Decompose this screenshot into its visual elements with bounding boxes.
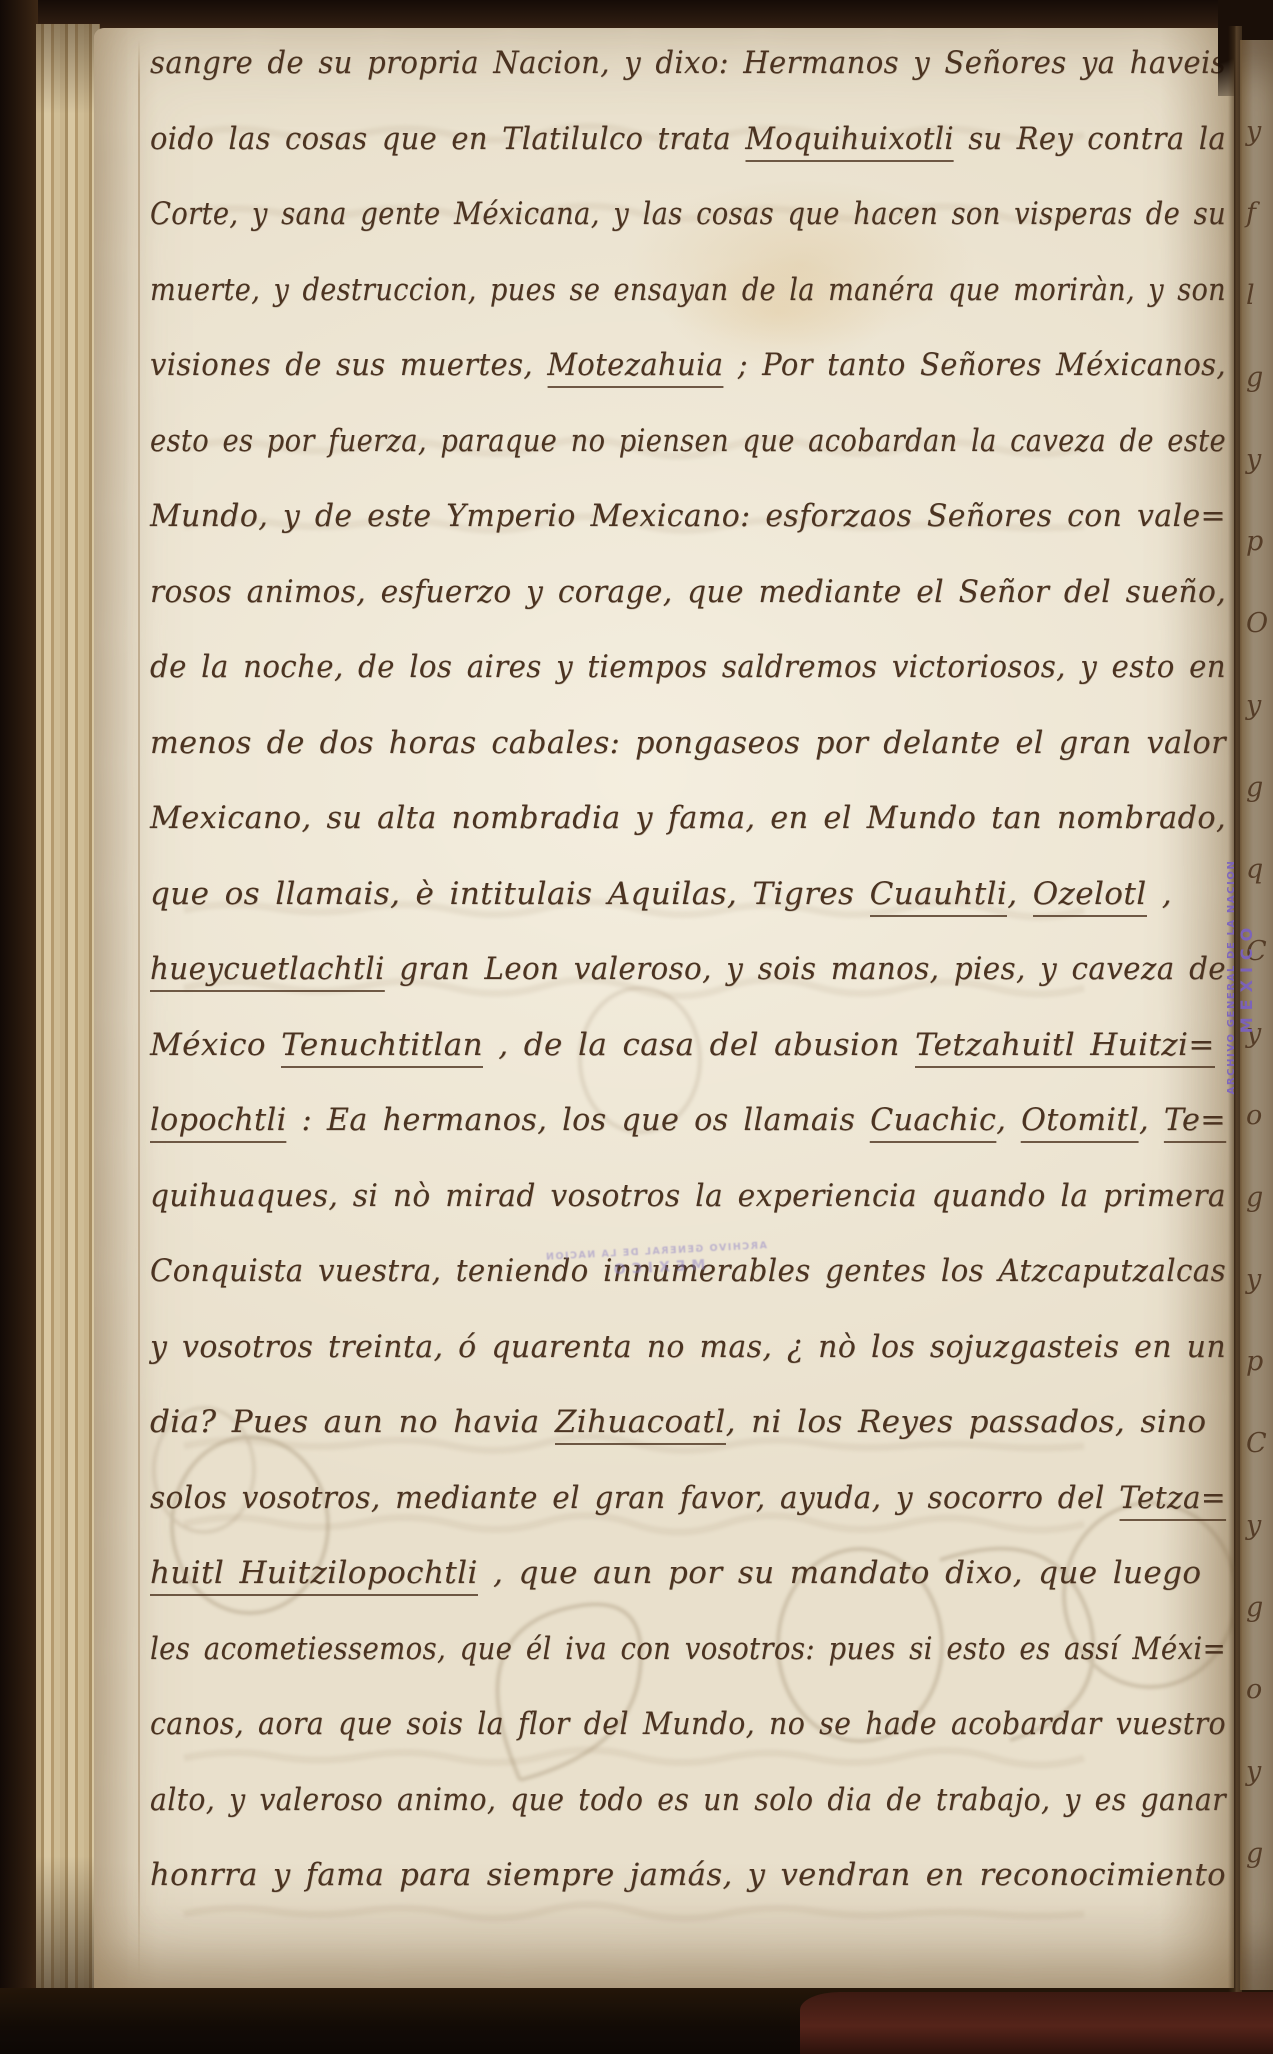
- manuscript-line: alto, y valeroso animo, que todo es un s…: [150, 1783, 1226, 1819]
- manuscript-line: menos de dos horas cabales: pongaseos po…: [150, 726, 1226, 762]
- underlined-word: Tetza=: [1119, 1480, 1226, 1521]
- gutter-letter-fragment: y: [1246, 1758, 1261, 1785]
- stacked-page-edges: [36, 24, 100, 1996]
- gutter-letter-fragment: O: [1246, 610, 1268, 637]
- underlined-word: Ozelotl: [1033, 876, 1147, 917]
- gutter-letter-fragment: g: [1246, 364, 1263, 391]
- underlined-word: Tetzahuitl Huitzi=: [915, 1027, 1215, 1068]
- manuscript-line: solos vosotros, mediante el gran favor, …: [150, 1481, 1226, 1517]
- manuscript-line: les acometiessemos, que él iva con vosot…: [150, 1632, 1226, 1668]
- manuscript-line: Corte, y sana gente Méxicana, y las cosa…: [150, 197, 1226, 233]
- manuscript-line: muerte, y destruccion, pues se ensayan d…: [150, 273, 1226, 309]
- underlined-word: Te=: [1164, 1102, 1226, 1143]
- manuscript-line: dia? Pues aun no havia Zihuacoatl, ni lo…: [150, 1405, 1206, 1441]
- book-photo: sangre de su propria Nacion, y dixo: Her…: [0, 0, 1273, 2054]
- manuscript-line: que os llamais, è intitulais Aquilas, Ti…: [150, 877, 1172, 913]
- manuscript-line: Mexicano, su alta nombradia y fama, en e…: [150, 801, 1226, 837]
- manuscript-line: huitl Huitzilopochtli , que aun por su m…: [150, 1556, 1201, 1592]
- manuscript-line: Mundo, y de este Ymperio Mexicano: esfor…: [150, 499, 1226, 535]
- agn-stamp-mirrored: ARCHIVO GENERAL DE LA NACION MEXICO: [541, 1240, 774, 1312]
- text-block: sangre de su propria Nacion, y dixo: Her…: [94, 28, 1234, 1992]
- gutter-letter-fragment: f: [1246, 200, 1256, 227]
- agn-stamp-line2: MEXICO: [1238, 836, 1256, 1118]
- underlined-word: Cuachic: [870, 1102, 996, 1143]
- gutter-letter-fragment: l: [1246, 282, 1255, 309]
- underlined-word: Zihuacoatl: [555, 1404, 726, 1445]
- underlined-word: huitl Huitzilopochtli: [150, 1555, 478, 1596]
- manuscript-line: rosos animos, esfuerzo y corage, que med…: [150, 575, 1226, 611]
- gutter-letter-fragment: g: [1246, 1184, 1263, 1211]
- gutter-letter-fragment: y: [1246, 1266, 1261, 1293]
- manuscript-line: lopochtli : Ea hermanos, los que os llam…: [150, 1103, 1226, 1139]
- manuscript-line: sangre de su propria Nacion, y dixo: Her…: [150, 46, 1226, 82]
- gutter-letter-fragment: g: [1246, 1594, 1263, 1621]
- gutter-letter-fragment: o: [1246, 1676, 1262, 1703]
- manuscript-line: visiones de sus muertes, Motezahuia ; Po…: [150, 348, 1226, 384]
- gutter-letter-fragment: p: [1246, 1348, 1263, 1375]
- gutter-letter-fragment: y: [1246, 1512, 1261, 1539]
- underlined-word: Moquihuixotli: [745, 121, 954, 162]
- manuscript-line: honrra y fama para siempre jamás, y vend…: [150, 1858, 1226, 1894]
- gutter-letter-fragment: y: [1246, 446, 1261, 473]
- gutter-letter-fragment: p: [1246, 528, 1263, 555]
- manuscript-line: México Tenuchtitlan , de la casa del abu…: [150, 1028, 1215, 1064]
- manuscript-line: oido las cosas que en Tlatilulco trata M…: [150, 122, 1226, 158]
- underlined-word: lopochtli: [150, 1102, 287, 1143]
- agn-stamp-vertical: ARCHIVO GENERAL DE LA NACION MEXICO: [1226, 836, 1270, 1118]
- underlined-word: Otomitl: [1021, 1102, 1139, 1143]
- underlined-word: Cuauhtli: [870, 876, 1008, 917]
- manuscript-line: esto es por fuerza, paraque no piensen q…: [150, 424, 1226, 460]
- underlined-word: Motezahuia: [547, 347, 723, 388]
- manuscript-line: y vosotros treinta, ó quarenta no mas, ¿…: [150, 1330, 1226, 1366]
- gutter-letter-fragment: y: [1246, 118, 1261, 145]
- underlined-word: Tenuchtitlan: [281, 1027, 483, 1068]
- manuscript-line: de la noche, de los aires y tiempos sald…: [150, 650, 1226, 686]
- gutter-letter-fragment: y: [1246, 692, 1261, 719]
- gutter-letter-fragment: g: [1246, 1840, 1263, 1867]
- gutter-letter-fragment: g: [1246, 774, 1263, 801]
- gutter-letter-fragment: C: [1246, 1430, 1267, 1457]
- underlined-word: hueycuetlachtli: [150, 951, 385, 992]
- manuscript-page: sangre de su propria Nacion, y dixo: Her…: [94, 28, 1234, 1992]
- leather-cover-bottom-right: [800, 1992, 1273, 2054]
- manuscript-line: canos, aora que sois la flor del Mundo, …: [150, 1707, 1226, 1743]
- binding-left-edge: [0, 0, 38, 2054]
- manuscript-line: hueycuetlachtli gran Leon valeroso, y so…: [150, 952, 1226, 988]
- manuscript-line: quihuaques, si nò mirad vosotros la expe…: [150, 1179, 1226, 1215]
